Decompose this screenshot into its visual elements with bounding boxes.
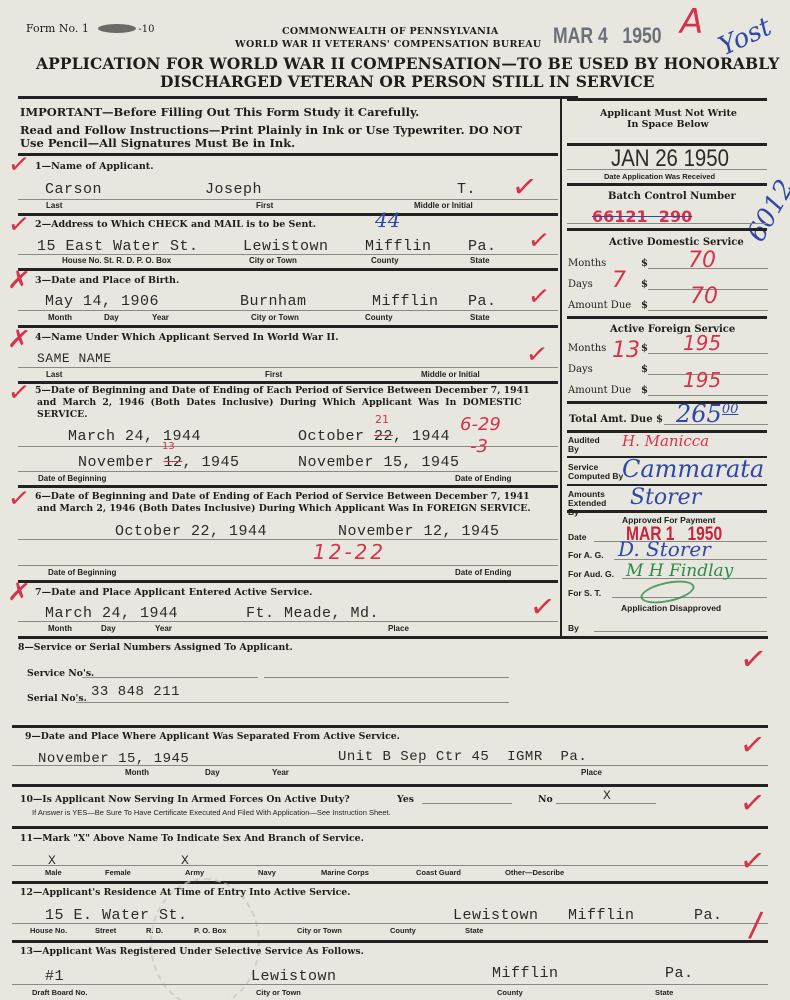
s9-rule: [12, 784, 768, 787]
s8-service-line2: [264, 677, 509, 678]
s11-opt-army: Army: [185, 868, 204, 877]
foreign-days-currency: $: [641, 364, 648, 375]
s2-street[interactable]: 15 East Water St.: [37, 238, 199, 255]
s13-line: [12, 984, 768, 985]
panel-rule4: [567, 316, 767, 319]
domestic-months-label: Months: [568, 258, 606, 269]
checkmark-icon: ✓: [738, 784, 768, 822]
s3-county[interactable]: Mifflin: [372, 293, 439, 310]
foreign-months-hand: 13: [612, 338, 640, 363]
checkmark-icon: ✗: [6, 265, 32, 298]
bureau-title: WORLD WAR II VETERANS' COMPENSATION BURE…: [235, 39, 541, 50]
s9-cap-place: Place: [581, 768, 602, 777]
foreign-months-label: Months: [568, 343, 606, 354]
s5-cap-begin: Date of Beginning: [38, 474, 106, 483]
s3-cap-city: City or Town: [251, 313, 299, 322]
foreign-months-currency: $: [641, 343, 648, 354]
aud-value: M H Findlay: [626, 561, 733, 581]
s7-line: [18, 621, 558, 622]
domestic-months-hand: 7: [612, 268, 626, 293]
handwritten-mark: A: [680, 2, 703, 42]
checkmark-icon: ✗: [6, 324, 32, 357]
foreign-months-value[interactable]: 195: [683, 331, 721, 355]
checkmark-icon: ✓: [6, 483, 32, 516]
foreign-amount-value[interactable]: 195: [683, 368, 721, 392]
s2-city[interactable]: Lewistown: [243, 238, 329, 255]
s6-label-line1: 6—Date of Beginning and Date of Ending o…: [35, 491, 530, 502]
s1-cap-first: First: [256, 201, 273, 210]
domestic-amount-label: Amount Due: [568, 300, 631, 311]
s7-cap-month: Month: [48, 624, 72, 633]
s1-line: [18, 199, 558, 200]
s13-cap-board: Draft Board No.: [32, 988, 87, 997]
s1-middle[interactable]: T.: [457, 181, 476, 198]
struck-day: 12: [164, 454, 183, 471]
s3-date[interactable]: May 14, 1906: [45, 293, 159, 310]
s5-row2-correction: 13: [162, 441, 175, 452]
s5-label-line3: SERVICE.: [37, 409, 87, 420]
computed-value: Cammarata: [622, 455, 764, 483]
s11-opt-male: Male: [45, 868, 62, 877]
s9-cap-day: Day: [205, 768, 220, 777]
s9-line: [12, 765, 768, 766]
s12-cap-city: City or Town: [297, 926, 342, 935]
s2-line: [18, 254, 558, 255]
st-label: For S. T.: [568, 589, 601, 598]
s10-no-value[interactable]: X: [603, 788, 611, 803]
s7-cap-day: Day: [101, 624, 116, 633]
s5-cap-end: Date of Ending: [455, 474, 511, 483]
checkmark-icon: ✓: [6, 149, 32, 182]
s3-cap-day: Day: [104, 313, 119, 322]
checkmark-icon: ✓: [526, 225, 552, 258]
s3-city[interactable]: Burnham: [240, 293, 307, 310]
s10-note: If Answer is YES—Be Sure To Have Certifi…: [32, 808, 391, 817]
s3-cap-year: Year: [152, 313, 169, 322]
foreign-amount-label: Amount Due: [568, 385, 631, 396]
header-rule: [18, 96, 578, 99]
panel-rule3: [567, 228, 767, 231]
s8-label: 8—Service or Serial Numbers Assigned To …: [18, 642, 293, 653]
s4-cap-middle: Middle or Initial: [421, 370, 480, 379]
received-line: [567, 169, 767, 170]
foreign-amount-line: [648, 395, 768, 396]
s2-cap-street: House No. St. R. D. P. O. Box: [62, 256, 171, 265]
s11-opt-other: Other—Describe: [505, 868, 564, 877]
audited-label: Audited By: [568, 436, 604, 454]
checkmark-icon: ✓: [738, 842, 768, 880]
s3-cap-month: Month: [48, 313, 72, 322]
received-stamp-date: MAR 4 1950: [553, 23, 662, 49]
header-rule-right: [567, 98, 767, 101]
commonwealth-title: COMMONWEALTH OF PENNSYLVANIA: [282, 26, 499, 37]
s13-city[interactable]: Lewistown: [251, 968, 337, 985]
audited-value: H. Manicca: [622, 432, 709, 450]
s6-line2: [18, 565, 558, 566]
s12-cap-house: House No.: [30, 926, 67, 935]
s5-row1-end[interactable]: October 22, 1944: [298, 428, 450, 445]
domestic-amount-line: [648, 310, 768, 311]
s12-line: [12, 923, 768, 924]
foreign-days-label: Days: [568, 364, 593, 375]
s12-label: 12—Applicant's Residence At Time of Entr…: [20, 887, 350, 898]
s12-street[interactable]: 15 E. Water St.: [45, 907, 188, 924]
s3-state[interactable]: Pa.: [468, 293, 497, 310]
checkmark-icon: ✓: [510, 168, 540, 206]
important-line1: IMPORTANT—Before Filling Out This Form S…: [20, 105, 419, 119]
s4-line: [18, 367, 558, 368]
s1-rule: [18, 213, 558, 216]
s4-rule: [18, 381, 558, 384]
s13-cap-city: City or Town: [256, 988, 301, 997]
s11-opt-coast-guard: Coast Guard: [416, 868, 461, 877]
s4-cap-first: First: [265, 370, 282, 379]
s12-city[interactable]: Lewistown: [453, 907, 539, 924]
s1-last[interactable]: Carson: [45, 181, 102, 198]
s7-rule: [18, 636, 768, 639]
s13-board[interactable]: #1: [45, 968, 64, 985]
domestic-days-currency: $: [641, 279, 648, 290]
s11-opt-navy: Navy: [258, 868, 276, 877]
s5-line2: [18, 471, 558, 472]
s3-label: 3—Date and Place of Birth.: [35, 275, 179, 286]
s2-rule: [18, 268, 558, 271]
s8-serial-line: [76, 702, 509, 703]
s3-line: [18, 310, 558, 311]
s7-date[interactable]: March 24, 1944: [45, 605, 178, 622]
s5-row1-correction: 21: [375, 413, 389, 426]
s11-mark-male[interactable]: X: [48, 853, 56, 868]
s5-hand-calc1: 6-29: [460, 414, 501, 435]
s7-label: 7—Date and Place Applicant Entered Activ…: [35, 587, 313, 598]
important-line3: Use Pencil—All Signatures Must Be in Ink…: [20, 136, 295, 150]
panel-divider: [560, 98, 562, 638]
s12-county[interactable]: Mifflin: [568, 907, 635, 924]
s5-label-line2: and March 2, 1946 (Both Dates Inclusive)…: [37, 397, 522, 408]
batch-label: Batch Control Number: [608, 191, 736, 202]
s5-rule: [18, 485, 558, 488]
panel-rule7: [567, 510, 767, 513]
s11-label: 11—Mark "X" Above Name To Indicate Sex A…: [20, 833, 364, 844]
form-number: Form No. 1 -10: [26, 22, 155, 35]
s8-serial-value[interactable]: 33 848 211: [91, 684, 180, 700]
checkmark-icon: ✗: [6, 577, 32, 610]
domestic-months-currency: $: [641, 258, 648, 269]
s1-cap-middle: Middle or Initial: [414, 201, 473, 210]
s12-state[interactable]: Pa.: [694, 907, 723, 924]
s12-cap-state: State: [465, 926, 483, 935]
s6-hand-calc: 12-22: [313, 540, 386, 564]
s10-yes-label: Yes: [397, 794, 414, 805]
s8-rule: [12, 725, 768, 728]
s13-state[interactable]: Pa.: [665, 965, 694, 982]
s11-mark-army[interactable]: X: [181, 853, 189, 868]
s5-row2-begin[interactable]: November 12, 1945: [78, 454, 240, 471]
s11-opt-marine: Marine Corps: [321, 868, 369, 877]
s10-label: 10—Is Applicant Now Serving In Armed For…: [20, 794, 350, 805]
s6-cap-begin: Date of Beginning: [48, 568, 116, 577]
s5-row2-end[interactable]: November 15, 1945: [298, 454, 460, 471]
checkmark-icon: ✓: [528, 588, 558, 626]
union-bug-icon: [98, 24, 136, 33]
s2-state[interactable]: Pa.: [468, 238, 497, 255]
important-rule: [18, 153, 558, 156]
domestic-amount-currency: $: [641, 300, 648, 311]
s3-cap-state: State: [470, 313, 490, 322]
form-title-line1: APPLICATION FOR WORLD WAR II COMPENSATIO…: [36, 54, 779, 73]
panel-heading2: In Space Below: [627, 119, 709, 130]
s13-label: 13—Applicant Was Registered Under Select…: [20, 946, 364, 957]
checkmark-icon: ✓: [6, 377, 32, 410]
s9-cap-month: Month: [125, 768, 149, 777]
checkmark-icon: ✓: [737, 638, 769, 679]
ag-value: D. Storer: [618, 537, 711, 561]
s1-label: 1—Name of Applicant.: [35, 161, 154, 172]
computed-label: Service Computed By: [568, 463, 626, 481]
s12-cap-street: Street: [95, 926, 116, 935]
approved-date-label: Date: [568, 533, 586, 542]
s3-cap-county: County: [365, 313, 393, 322]
s13-cap-county: County: [497, 988, 523, 997]
s11-line: [12, 865, 768, 866]
total-value[interactable]: 26500: [676, 400, 738, 428]
s12-cap-rd: R. D.: [146, 926, 163, 935]
s6-cap-end: Date of Ending: [455, 568, 511, 577]
s7-cap-place: Place: [388, 624, 409, 633]
s7-place[interactable]: Ft. Meade, Md.: [246, 605, 379, 622]
s5-label-line1: 5—Date of Beginning and Date of Ending o…: [35, 385, 530, 396]
aud-label: For Aud. G.: [568, 570, 614, 579]
s11-rule: [12, 881, 768, 884]
s10-no-line: [556, 803, 656, 804]
domestic-months-value[interactable]: 70: [688, 248, 716, 273]
s12-rule: [12, 940, 768, 943]
s9-label: 9—Date and Place Where Applicant Was Sep…: [25, 731, 400, 742]
s6-begin[interactable]: October 22, 1944: [115, 523, 267, 540]
s12-cap-county: County: [390, 926, 416, 935]
checkmark-icon: ✓: [6, 209, 32, 242]
checkmark-icon: ✓: [524, 339, 550, 372]
s3-rule: [18, 325, 558, 328]
s1-cap-last: Last: [46, 201, 62, 210]
by-line: [594, 631, 767, 632]
form-title-line2: DISCHARGED VETERAN OR PERSON STILL IN SE…: [160, 72, 654, 91]
panel-rule2: [567, 183, 767, 186]
s6-end[interactable]: November 12, 1945: [338, 523, 500, 540]
s11-opt-female: Female: [105, 868, 131, 877]
s4-label: 4—Name Under Which Applicant Served In W…: [35, 332, 339, 343]
s5-row1-begin[interactable]: March 24, 1944: [68, 428, 201, 445]
s13-cap-state: State: [655, 988, 673, 997]
disapproved-heading: Application Disapproved: [621, 604, 721, 613]
domestic-days-label: Days: [568, 279, 593, 290]
s2-hand-note: 44: [375, 208, 400, 232]
foreign-amount-currency: $: [641, 385, 648, 396]
checkmark-icon: ✓: [738, 726, 768, 764]
s2-cap-county: County: [371, 256, 399, 265]
by-label: By: [568, 624, 579, 633]
st-line: [612, 597, 767, 598]
s6-rule: [18, 580, 558, 583]
extended-value: Storer: [630, 485, 701, 510]
s9-place[interactable]: Unit B Sep Ctr 45 IGMR Pa.: [338, 749, 587, 765]
ag-label: For A. G.: [568, 551, 604, 560]
s13-county[interactable]: Mifflin: [492, 965, 559, 982]
total-label: Total Amt. Due $: [569, 414, 663, 425]
panel-heading1: Applicant Must Not Write: [600, 108, 737, 119]
s2-cap-city: City or Town: [249, 256, 297, 265]
s1-first[interactable]: Joseph: [205, 181, 262, 198]
received-label: Date Application Was Received: [604, 172, 715, 181]
important-line2: Read and Follow Instructions—Print Plain…: [20, 123, 522, 137]
s9-cap-year: Year: [272, 768, 289, 777]
s4-value[interactable]: SAME NAME: [37, 351, 112, 366]
s2-cap-state: State: [470, 256, 490, 265]
s10-rule: [12, 826, 768, 829]
s2-label: 2—Address to Which CHECK and MAIL is to …: [35, 219, 316, 230]
s6-line1: [18, 539, 558, 540]
domestic-amount-value[interactable]: 70: [690, 284, 718, 309]
struck-day: 22: [374, 428, 393, 445]
batch-line: [567, 223, 767, 224]
s2-county[interactable]: Mifflin: [365, 238, 432, 255]
s6-label-line2: and March 2, 1946 (Both Dates Inclusive)…: [37, 503, 531, 514]
s5-hand-calc2: -3: [470, 436, 488, 457]
s10-no-label: No: [538, 794, 553, 805]
s8-service-line: [82, 677, 258, 678]
s7-cap-year: Year: [155, 624, 172, 633]
domestic-heading: Active Domestic Service: [609, 237, 744, 248]
checkmark-icon: ✓: [526, 281, 552, 314]
s4-cap-last: Last: [46, 370, 62, 379]
s10-yes-line: [422, 803, 512, 804]
s12-cap-po: P. O. Box: [194, 926, 226, 935]
